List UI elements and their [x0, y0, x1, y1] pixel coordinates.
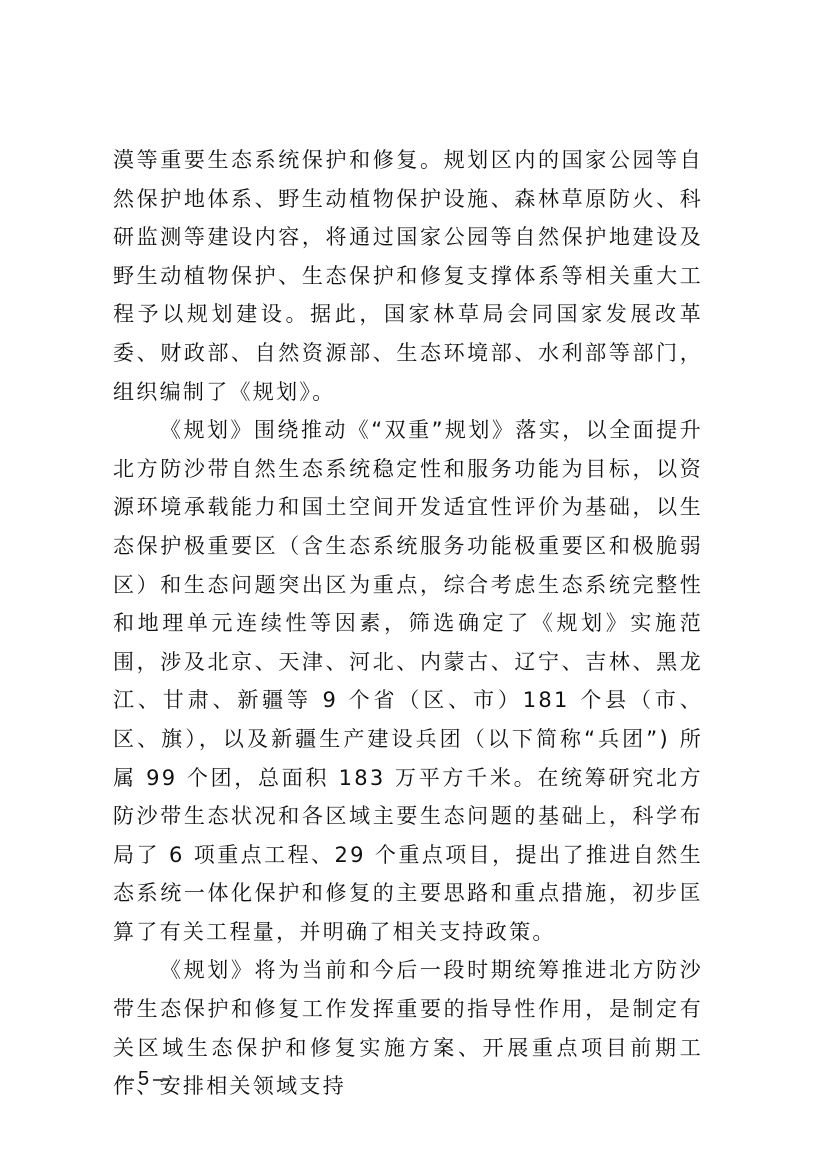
paragraph-3: 《规划》将为当前和今后一段时期统筹推进北方防沙带生态保护和修复工作发挥重要的指导…: [113, 951, 703, 1105]
paragraph-1: 漠等重要生态系统保护和修复。规划区内的国家公园等自然保护地体系、野生动植物保护设…: [113, 141, 703, 411]
page-footer: 5: [114, 1068, 173, 1091]
paragraph-2: 《规划》围绕推动《“双重”规划》落实，以全面提升北方防沙带自然生态系统稳定性和服…: [113, 411, 703, 951]
dash-right: [153, 1079, 169, 1081]
dash-left: [118, 1079, 134, 1081]
page-number: 5: [138, 1068, 149, 1090]
document-body: 漠等重要生态系统保护和修复。规划区内的国家公园等自然保护地体系、野生动植物保护设…: [113, 141, 703, 1106]
